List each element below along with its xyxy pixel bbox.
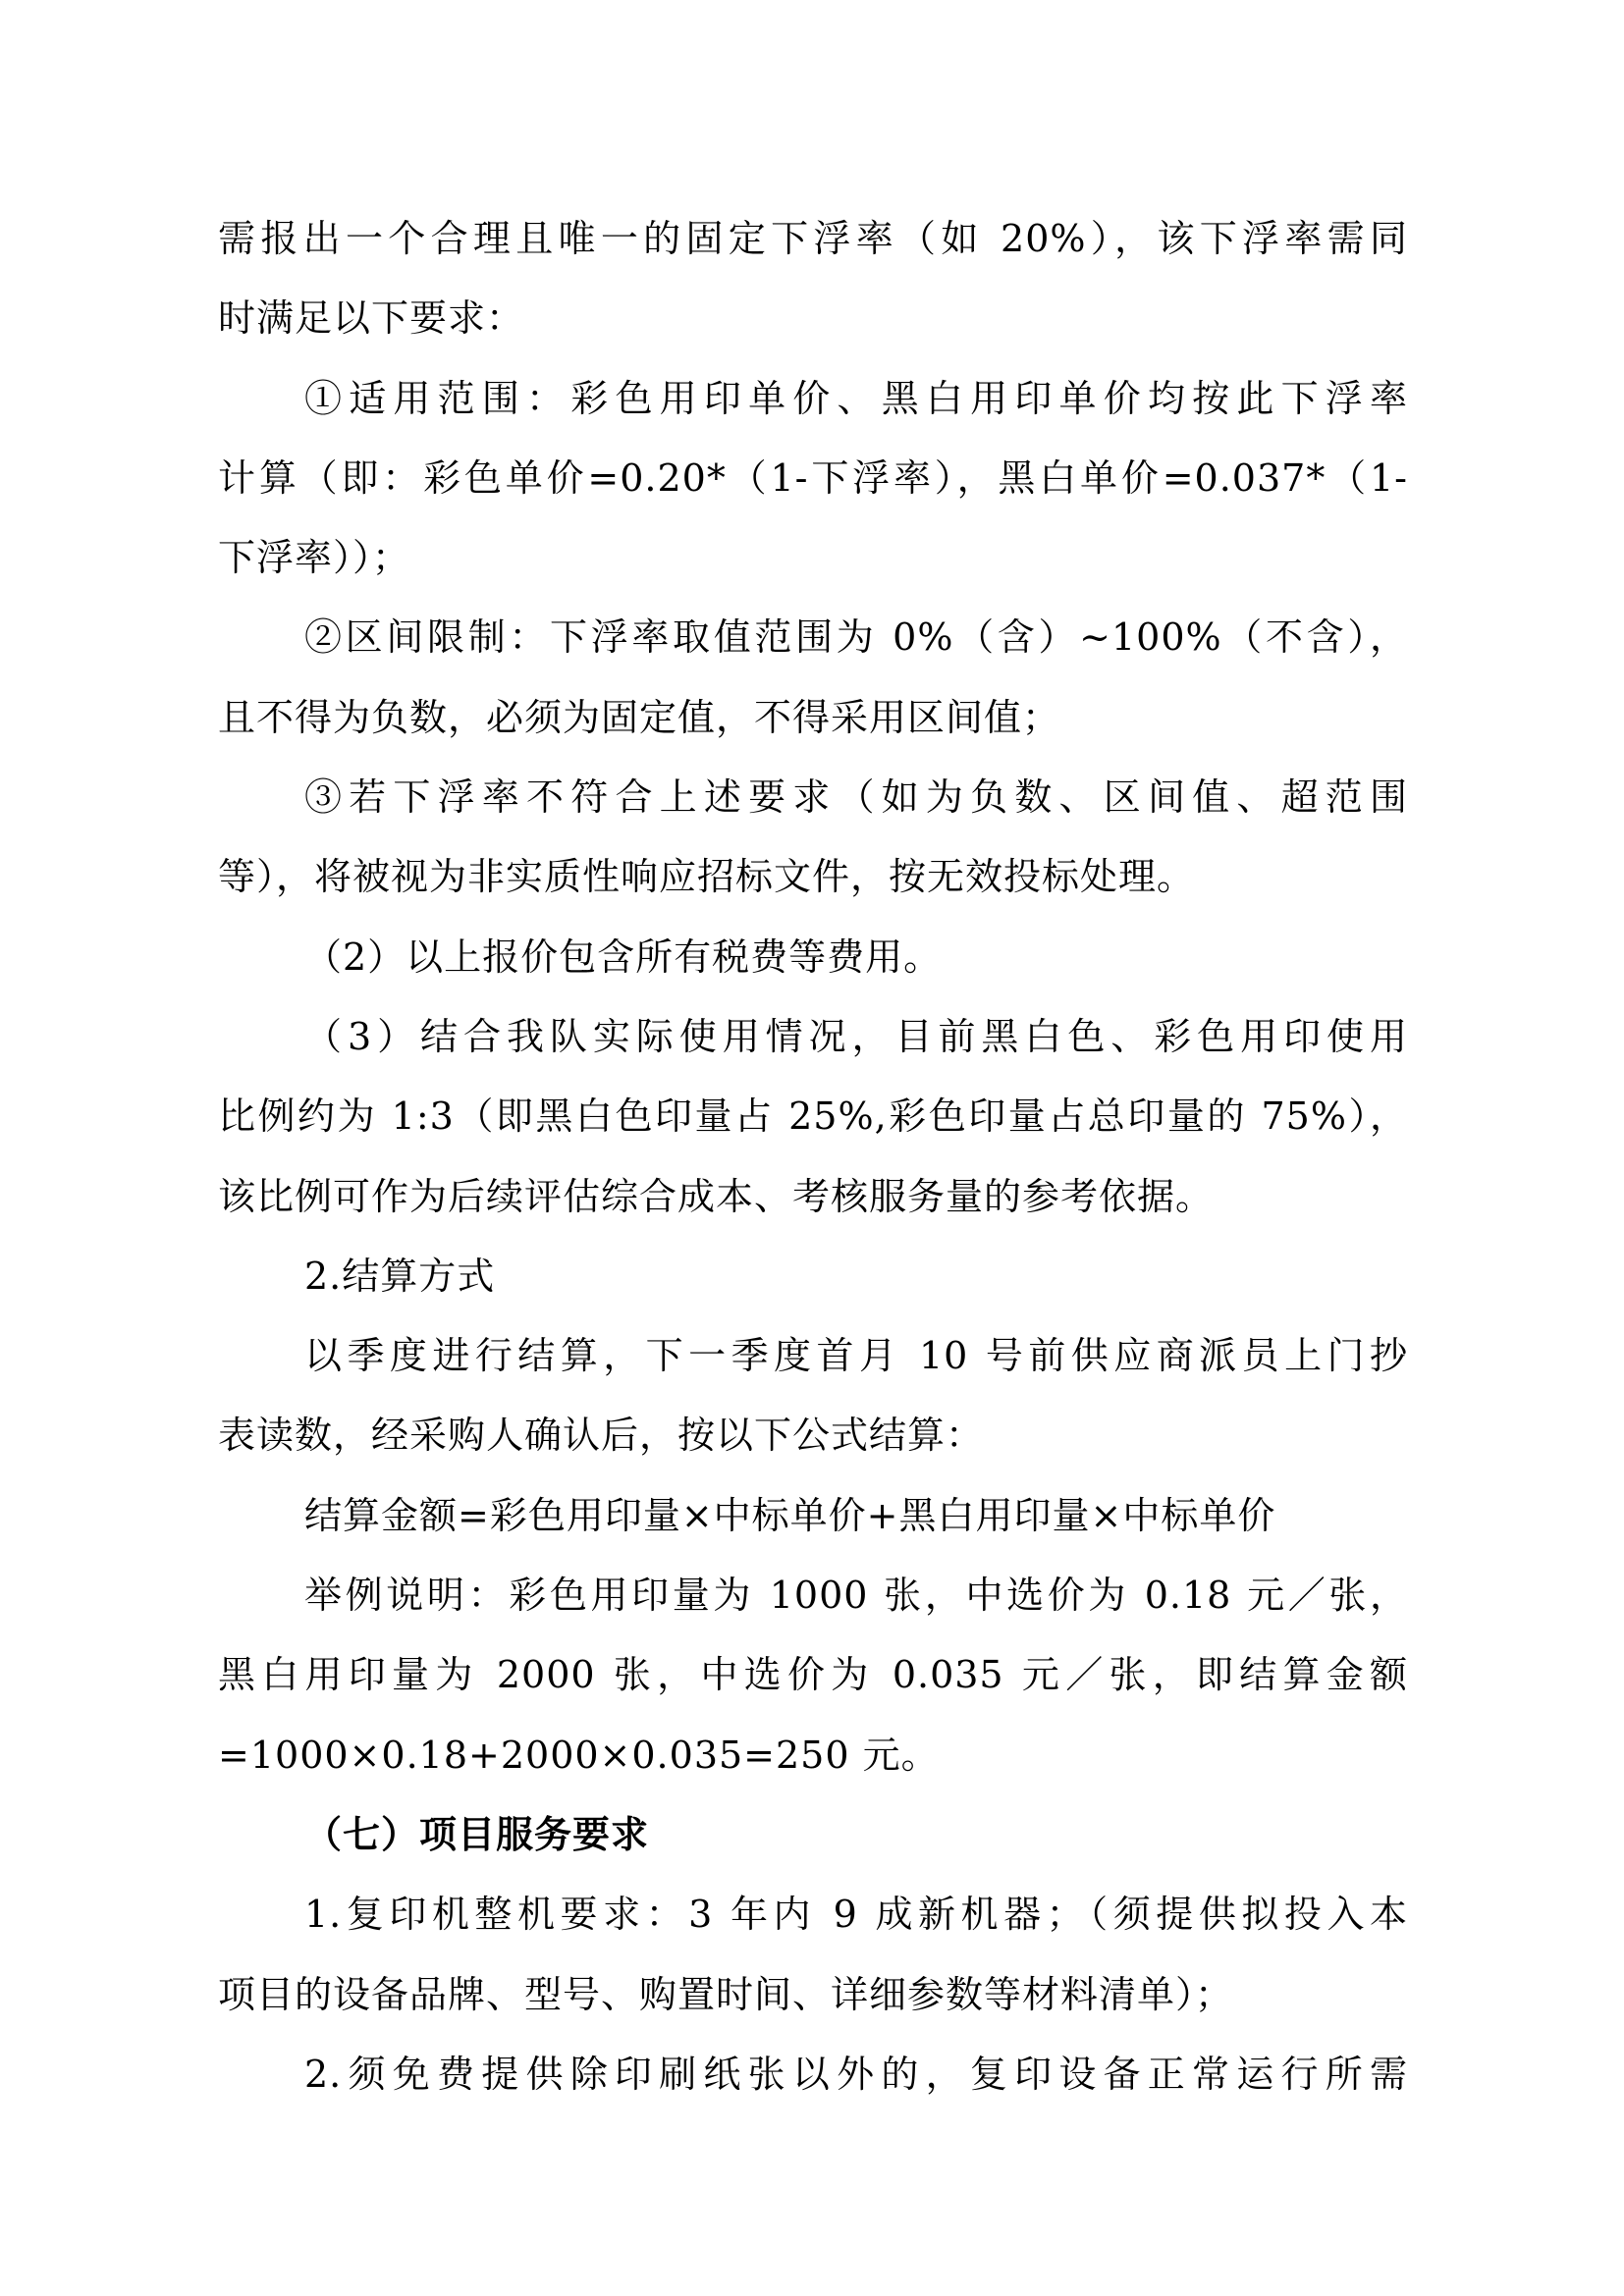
- text-line: 且不得为负数，必须为固定值，不得采用区间值；: [218, 687, 1408, 767]
- text-line: =1000×0.18+2000×0.035=250 元。: [218, 1725, 1408, 1804]
- clause-3-ratio: （3）结合我队实际使用情况，目前黑白色、彩色用印使用: [218, 1006, 1408, 1086]
- text-line: 黑白用印量为 2000 张，中选价为 0.035 元／张，即结算金额: [218, 1644, 1408, 1724]
- clause-2-taxes: （2）以上报价包含所有税费等费用。: [218, 927, 1408, 1006]
- text-line: 项目的设备品牌、型号、购置时间、详细参数等材料清单）；: [218, 1964, 1408, 2044]
- section-heading-service-requirements: （七）项目服务要求: [218, 1804, 1408, 1884]
- list-item-range-limit: ②区间限制：下浮率取值范围为 0%（含）~100%（不含），: [218, 607, 1408, 686]
- text-line: 计算（即：彩色单价=0.20*（1-下浮率），黑白单价=0.037*（1-: [218, 448, 1408, 527]
- example-paragraph: 举例说明：彩色用印量为 1000 张，中选价为 0.18 元／张，: [218, 1565, 1408, 1644]
- text-line: 等），将被视为非实质性响应招标文件，按无效投标处理。: [218, 846, 1408, 926]
- text-line: 下浮率））；: [218, 527, 1408, 607]
- document-body: 需报出一个合理且唯一的固定下浮率（如 20%），该下浮率需同 时满足以下要求： …: [218, 208, 1408, 2123]
- requirement-1: 1.复印机整机要求：3 年内 9 成新机器；（须提供拟投入本: [218, 1884, 1408, 1963]
- text-line: 时满足以下要求：: [218, 288, 1408, 367]
- list-item-invalid-bid: ③若下浮率不符合上述要求（如为负数、区间值、超范围: [218, 767, 1408, 846]
- text-line: 表读数，经采购人确认后，按以下公式结算：: [218, 1405, 1408, 1484]
- section-heading-settlement: 2.结算方式: [218, 1246, 1408, 1325]
- requirement-2: 2.须免费提供除印刷纸张以外的，复印设备正常运行所需: [218, 2044, 1408, 2123]
- settlement-formula: 结算金额=彩色用印量×中标单价+黑白用印量×中标单价: [218, 1485, 1408, 1565]
- list-item-applicability: ①适用范围：彩色用印单价、黑白用印单价均按此下浮率: [218, 368, 1408, 448]
- text-line: 需报出一个合理且唯一的固定下浮率（如 20%），该下浮率需同: [218, 208, 1408, 288]
- text-line: 该比例可作为后续评估综合成本、考核服务量的参考依据。: [218, 1166, 1408, 1246]
- text-line: 比例约为 1:3（即黑白色印量占 25%,彩色印量占总印量的 75%），: [218, 1086, 1408, 1165]
- settlement-paragraph: 以季度进行结算，下一季度首月 10 号前供应商派员上门抄: [218, 1325, 1408, 1405]
- document-page: 需报出一个合理且唯一的固定下浮率（如 20%），该下浮率需同 时满足以下要求： …: [0, 0, 1624, 2296]
